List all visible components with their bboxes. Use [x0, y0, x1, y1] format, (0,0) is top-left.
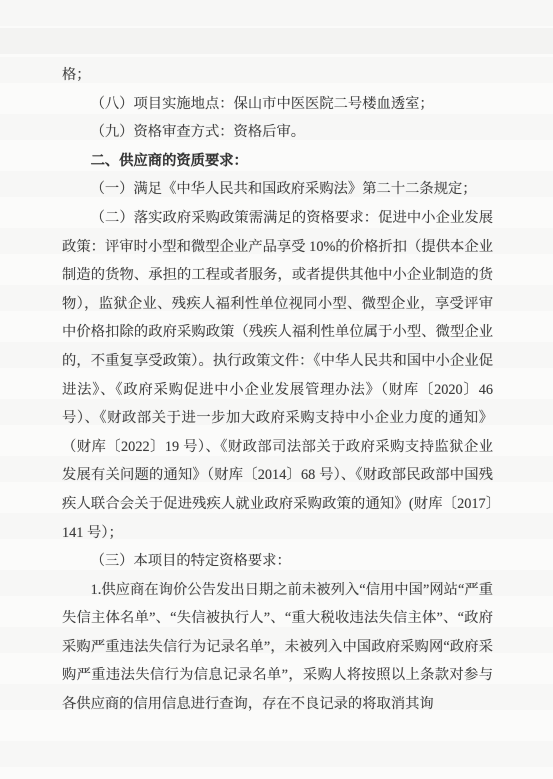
clause-9-review-method: （九）资格审查方式：资格后审。: [62, 118, 493, 147]
document-page: 格； （八）项目实施地点：保山市中医医院二号楼血透室； （九）资格审查方式：资格…: [0, 0, 553, 779]
section-2-heading: 二、供应商的资质要求：: [62, 147, 493, 176]
item-3-specific-requirements: （三）本项目的特定资格要求：: [62, 547, 493, 576]
item-3-1-credit-check: 1.供应商在询价公告发出日期之前未被列入“信用中国”网站“严重失信主体名单”、“…: [62, 576, 493, 719]
document-text-block: 格； （八）项目实施地点：保山市中医医院二号楼血透室； （九）资格审查方式：资格…: [62, 61, 493, 719]
scan-band-artifact: [0, 28, 553, 54]
item-1-law: （一）满足《中华人民共和国政府采购法》第二十二条规定；: [62, 175, 493, 204]
paragraph-continuation: 格；: [62, 61, 493, 90]
item-2-policy: （二）落实政府采购政策需满足的资格要求：促进中小企业发展政策：评审时小型和微型企…: [62, 204, 493, 547]
clause-8-location: （八）项目实施地点：保山市中医医院二号楼血透室；: [62, 90, 493, 119]
